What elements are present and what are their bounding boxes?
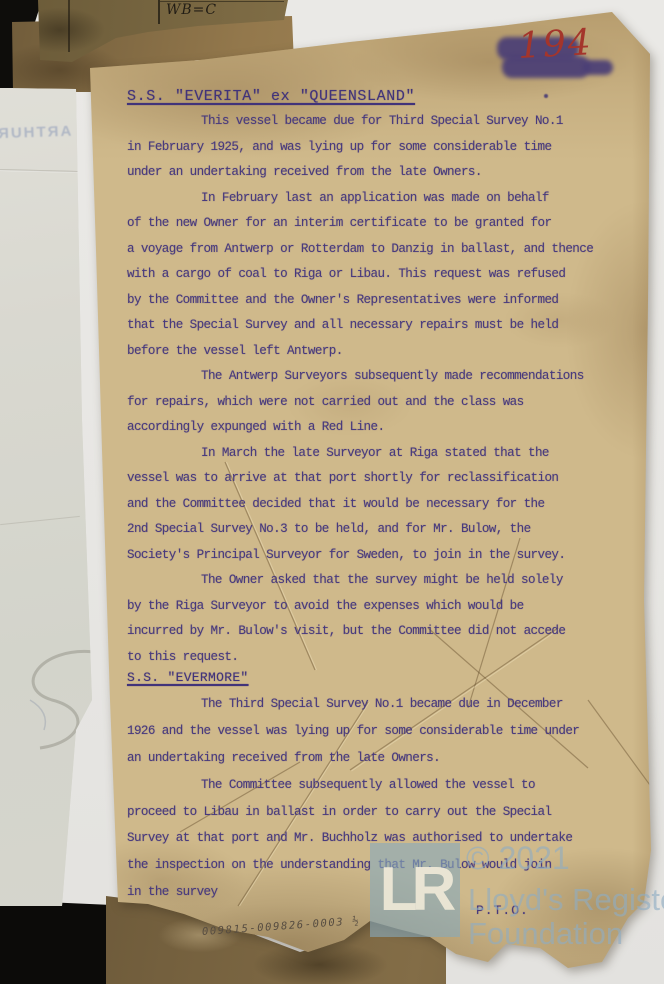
typed-line: of the new Owner for an interim certific… xyxy=(127,216,627,242)
typed-line: Society's Principal Surveyor for Sweden,… xyxy=(127,548,627,574)
typed-line: under an undertaking received from the l… xyxy=(127,165,627,191)
typed-line: incurred by Mr. Bulow's visit, but the C… xyxy=(127,624,627,650)
heading-evermore: S.S. "EVERMORE" xyxy=(127,670,249,685)
typed-line: in February 1925, and was lying up for s… xyxy=(127,140,627,166)
typed-line: In March the late Surveyor at Riga state… xyxy=(127,446,627,472)
page-number-handwritten: 194 xyxy=(517,22,594,67)
photo-scan: WB=C ARTHUR xyxy=(0,0,664,984)
typed-line: by the Committee and the Owner's Represe… xyxy=(127,293,627,319)
watermark-copyright: © 2021 xyxy=(466,840,570,877)
heading-everita: S.S. "EVERITA" ex "QUEENSLAND" xyxy=(127,88,415,105)
lr-logo-letters: LR xyxy=(380,859,451,921)
typed-line: an undertaking received from the late Ow… xyxy=(127,751,627,778)
tape-remnant xyxy=(65,199,89,220)
typed-line: accordingly expunged with a Red Line. xyxy=(127,420,627,446)
typed-line: proceed to Libau in ballast in order to … xyxy=(127,805,627,832)
typed-line: 1926 and the vessel was lying up for som… xyxy=(127,724,627,751)
document-page: S.S. "EVERITA" ex "QUEENSLAND" This vess… xyxy=(0,0,664,984)
typed-line: In February last an application was made… xyxy=(127,191,627,217)
document-page-surface: S.S. "EVERITA" ex "QUEENSLAND" This vess… xyxy=(0,0,664,984)
watermark-lloyds-register: Lloyd's Register xyxy=(468,882,664,918)
typed-line: a voyage from Antwerp or Rotterdam to Da… xyxy=(127,242,627,268)
typed-line: that the Special Survey and all necessar… xyxy=(127,318,627,344)
typed-line: The Owner asked that the survey might be… xyxy=(127,573,627,599)
typed-line: and the Committee decided that it would … xyxy=(127,497,627,523)
typed-line: before the vessel left Antwerp. xyxy=(127,344,627,370)
typed-line: by the Riga Surveyor to avoid the expens… xyxy=(127,599,627,625)
watermark-foundation: Foundation xyxy=(468,916,623,952)
typed-line: The Antwerp Surveyors subsequently made … xyxy=(127,369,627,395)
typed-line: This vessel became due for Third Special… xyxy=(127,114,627,140)
typed-line: with a cargo of coal to Riga or Libau. T… xyxy=(127,267,627,293)
everita-paragraphs: This vessel became due for Third Special… xyxy=(127,114,627,675)
typed-line: 2nd Special Survey No.3 to be held, and … xyxy=(127,522,627,548)
typed-line: vessel was to arrive at that port shortl… xyxy=(127,471,627,497)
typed-line: The Committee subsequently allowed the v… xyxy=(127,778,627,805)
lr-logo-watermark: LR xyxy=(370,843,460,937)
typed-line: for repairs, which were not carried out … xyxy=(127,395,627,421)
typed-line: The Third Special Survey No.1 became due… xyxy=(127,697,627,724)
